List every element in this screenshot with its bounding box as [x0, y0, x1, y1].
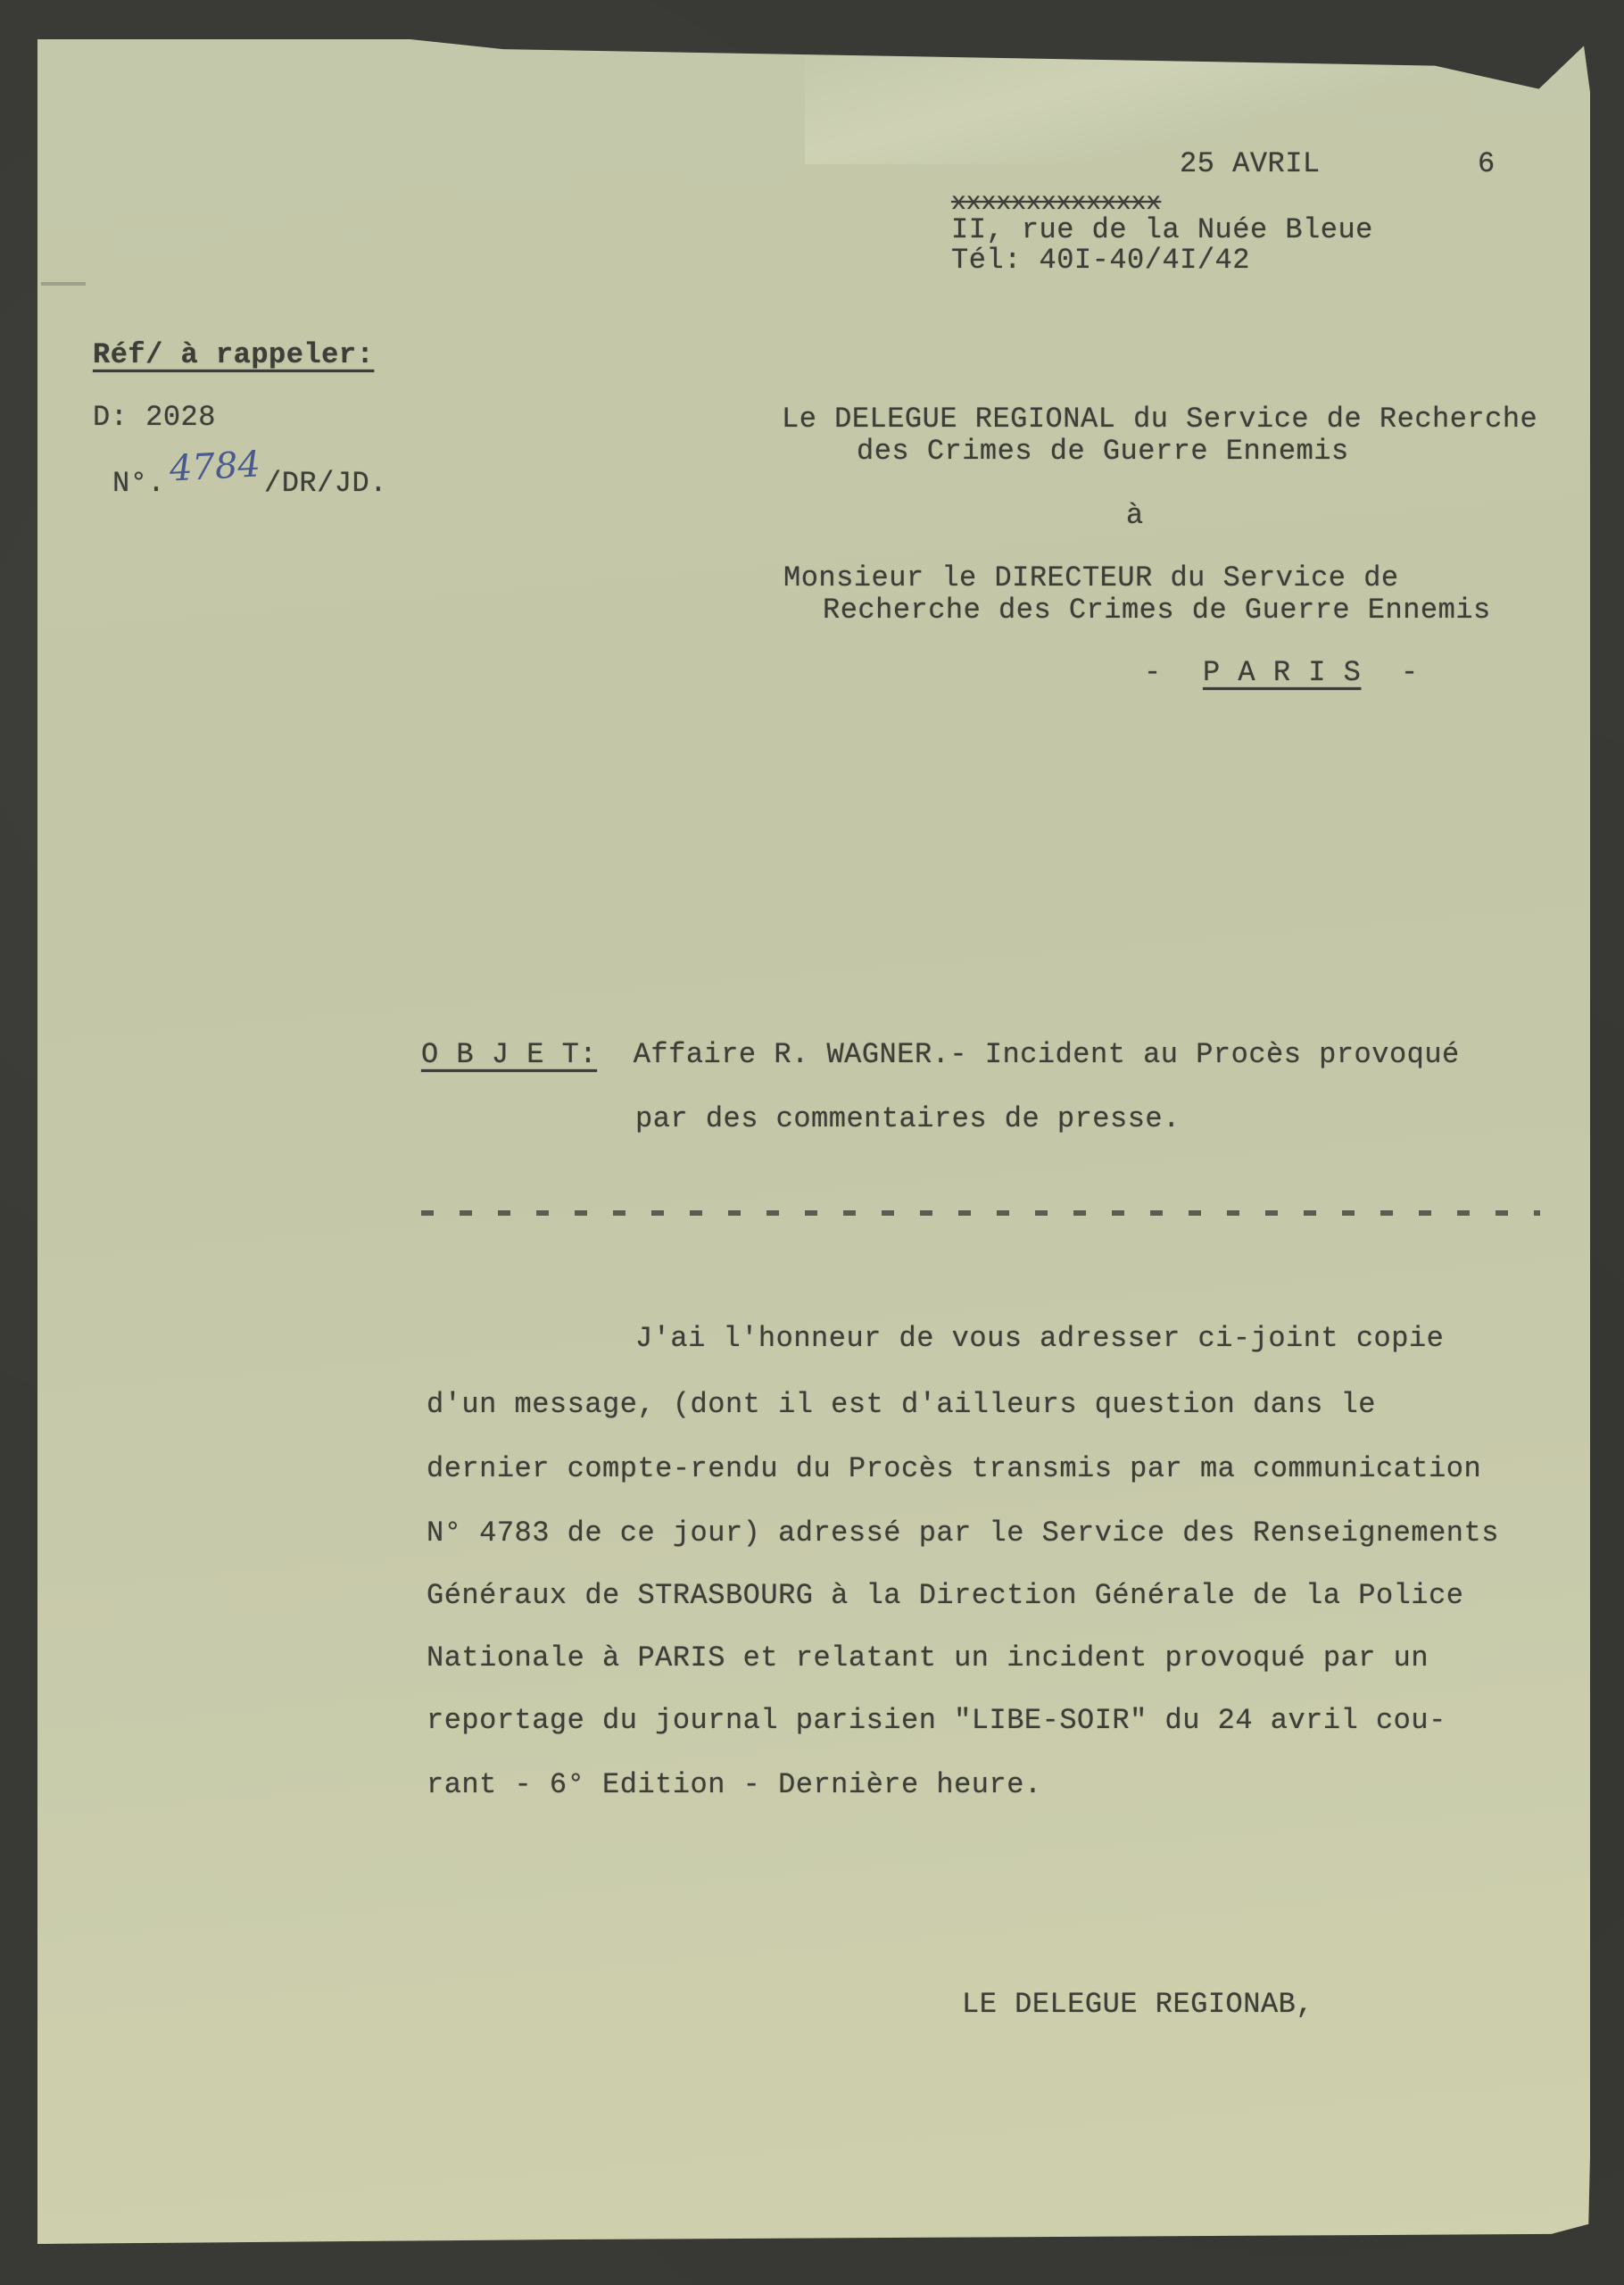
subject-line-1: Affaire R. WAGNER.- Incident au Procès p…: [616, 1039, 1460, 1071]
dossier-number: D: 2028: [93, 402, 216, 434]
body-line: Nationale à PARIS et relatant un inciden…: [427, 1642, 1429, 1674]
separator-dashed-line: [421, 1210, 1540, 1216]
number-suffix: /DR/JD.: [264, 468, 387, 500]
body-line: d'un message, (dont il est d'ailleurs qu…: [427, 1389, 1376, 1421]
recipient-line-1: Monsieur le DIRECTEUR du Service de: [783, 562, 1399, 594]
city-dash-right: -: [1401, 657, 1419, 689]
sender-line-2: des Crimes de Guerre Ennemis: [857, 436, 1349, 468]
body-line: dernier compte-rendu du Procès transmis …: [427, 1453, 1481, 1485]
page-number: 6: [1478, 148, 1496, 180]
body-line: J'ai l'honneur de vous adresser ci-joint…: [635, 1323, 1444, 1355]
body-line: Généraux de STRASBOURG à la Direction Gé…: [427, 1580, 1463, 1612]
margin-mark: [41, 282, 86, 286]
addressed-to-word: à: [1126, 500, 1144, 532]
recipient-city: P A R I S: [1203, 657, 1361, 689]
body-line: N° 4783 de ce jour) adressé par le Servi…: [427, 1517, 1499, 1550]
sender-line-1: Le DELEGUE REGIONAL du Service de Recher…: [782, 403, 1537, 436]
handwritten-number: 4784: [169, 444, 261, 489]
phone-number: Tél: 40I-40/4I/42: [951, 245, 1250, 277]
number-prefix: N°.: [112, 468, 165, 500]
city-dash-left: -: [1144, 657, 1162, 689]
body-line: rant - 6° Edition - Dernière heure.: [427, 1769, 1042, 1801]
signature-line: LE DELEGUE REGIONAB,: [962, 1989, 1313, 2021]
address: II, rue de la Nuée Bleue: [951, 214, 1373, 246]
date: 25 AVRIL: [1180, 148, 1321, 180]
recipient-line-2: Recherche des Crimes de Guerre Ennemis: [823, 594, 1491, 627]
subject-line-2: par des commentaires de presse.: [635, 1103, 1181, 1135]
reference-label: Réf/ à rappeler:: [93, 339, 374, 371]
subject-label: O B J E T:: [421, 1039, 597, 1071]
body-line: reportage du journal parisien "LIBE-SOIR…: [427, 1705, 1446, 1737]
